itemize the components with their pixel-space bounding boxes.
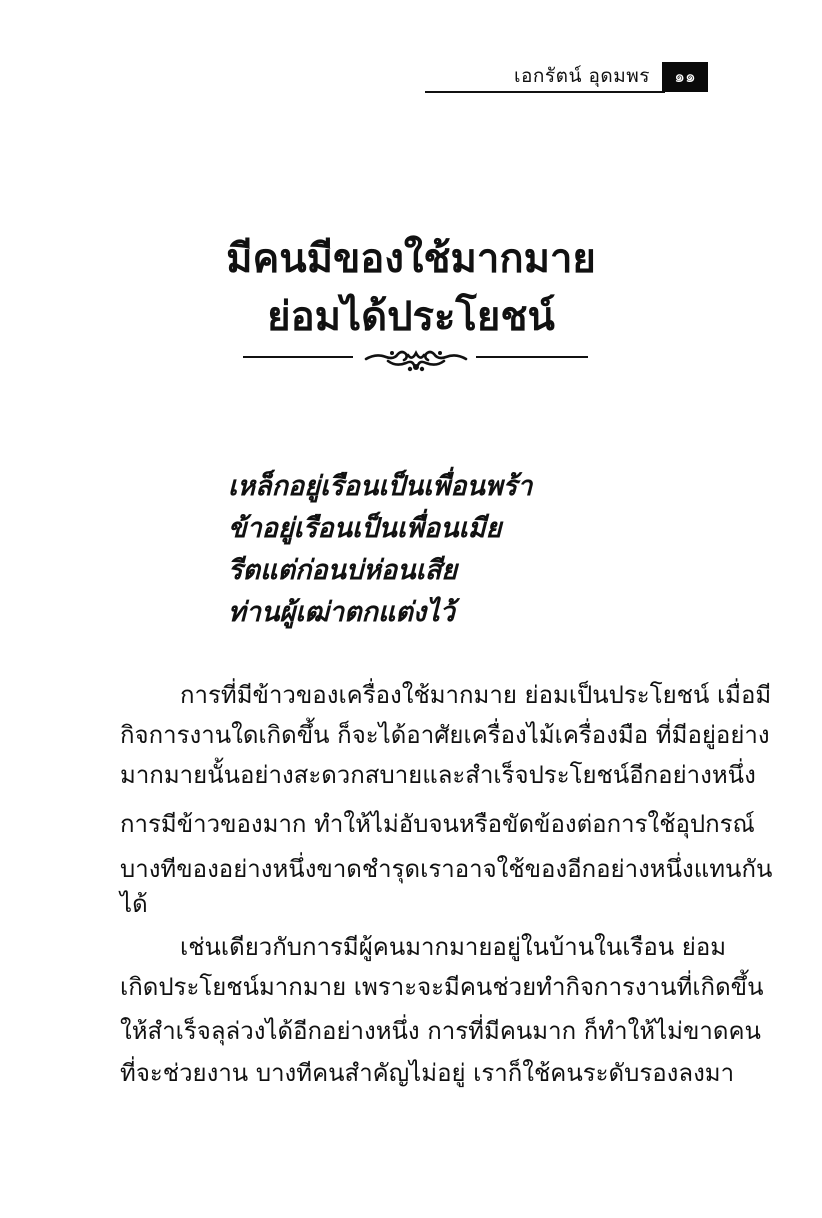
header-author: เอกรัตน์ อุดมพร bbox=[470, 63, 650, 89]
text-line: การที่มีข้าวของเครื่องใช้มากมาย ย่อมเป็น… bbox=[180, 678, 712, 712]
text-line: ที่จะช่วยงาน บางทีคนสำคัญไม่อยู่ เราก็ใช… bbox=[120, 1056, 712, 1090]
text-line: ได้ bbox=[120, 887, 712, 921]
text-line: กิจการงานใดเกิดขึ้น ก็จะได้อาศัยเครื่องไ… bbox=[120, 718, 712, 752]
text-line: เช่นเดียวกับการมีผู้คนมากมายอยู่ในบ้านใน… bbox=[180, 930, 712, 964]
poem-line: เหล็กอยู่เรือนเป็นเพื่อนพร้า bbox=[228, 466, 532, 508]
chapter-title-line-2: ย่อมได้ประโยชน์ bbox=[0, 290, 822, 344]
header-rule bbox=[425, 91, 665, 93]
text-line: ให้สำเร็จลุล่วงได้อีกอย่างหนึ่ง การที่มี… bbox=[120, 1014, 712, 1048]
divider-left bbox=[243, 356, 353, 358]
text-line: บางทีของอย่างหนึ่งขาดชำรุดเราอาจใช้ของอี… bbox=[120, 852, 712, 886]
poem-line: ข้าอยู่เรือนเป็นเพื่อนเมีย bbox=[228, 508, 501, 550]
page-number-badge: ๑๑ bbox=[662, 62, 708, 92]
poem-line: รีตแต่ก่อนบ่ห่อนเสีย bbox=[228, 550, 457, 592]
divider-right bbox=[476, 356, 588, 358]
text-line: เกิดประโยชน์มากมาย เพราะจะมีคนช่วยทำกิจก… bbox=[120, 970, 712, 1004]
scroll-ornament-icon bbox=[362, 343, 470, 373]
chapter-title-line-1: มีคนมีของใช้มากมาย bbox=[0, 232, 822, 286]
text-line: มากมายนั้นอย่างสะดวกสบายและสำเร็จประโยชน… bbox=[120, 758, 712, 792]
poem-line: ท่านผู้เฒ่าตกแต่งไว้ bbox=[228, 592, 455, 634]
text-line: การมีข้าวของมาก ทำให้ไม่อับจนหรือขัดข้อง… bbox=[120, 807, 712, 841]
